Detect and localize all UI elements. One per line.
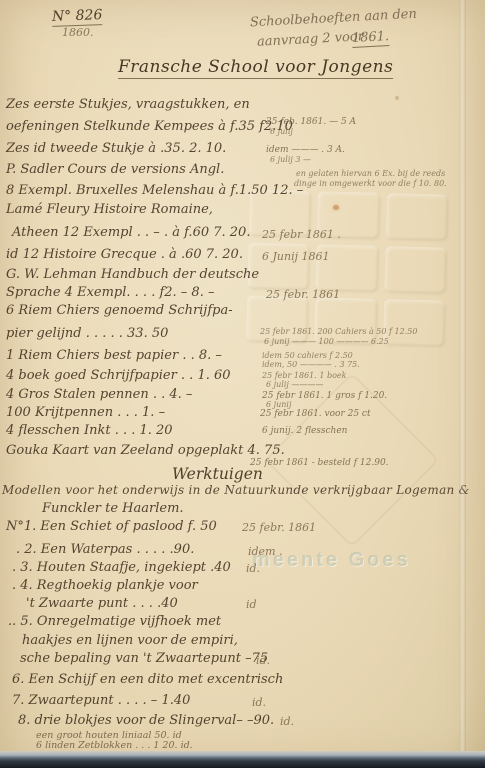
- manuscript-line: dinge in omgewerkt voor die f 10. 80.: [294, 180, 447, 189]
- manuscript-line: 100 Krijtpennen . . . 1. –: [6, 406, 165, 420]
- manuscript-line: 4 boek goed Schrijfpapier . . 1. 60: [6, 369, 231, 383]
- manuscript-page: meente Goes N° 826 1860. Schoolbehoeften…: [0, 0, 485, 768]
- manuscript-line: idem, 50 ———— . 3 75.: [262, 361, 360, 370]
- manuscript-line: 6 Riem Chiers genoemd Schrijfpa-: [6, 304, 233, 318]
- manuscript-line: idem .: [248, 546, 283, 558]
- manuscript-line: P. Sadler Cours de versions Angl.: [6, 163, 224, 177]
- manuscript-line: 6 Junij 1861: [262, 251, 330, 263]
- manuscript-line: 6 junij ——— 100 ———— 6.25: [264, 338, 389, 347]
- manuscript-line: 25 febr. 1861: [266, 289, 340, 301]
- manuscript-line: .. 5. Onregelmatige vijfhoek met: [8, 615, 221, 629]
- embossed-cell: [384, 246, 447, 294]
- manuscript-line: pier gelijnd . . . . . 33. 50: [6, 327, 168, 341]
- manuscript-line: 6 julij 3 —: [270, 156, 311, 165]
- manuscript-line: N°1. Een Schiet of paslood f. 50: [6, 520, 217, 534]
- paper-crease: [459, 0, 466, 752]
- manuscript-line: en gelaten hiervan 6 Ex. bij de reeds: [296, 170, 445, 179]
- manuscript-line: 6 julij ————: [266, 381, 323, 390]
- manuscript-line: 25 febr 1861 - besteld f 12.90.: [250, 459, 389, 469]
- manuscript-line: Werktuigen: [172, 466, 263, 483]
- manuscript-line: 't Zwaarte punt . . . .40: [26, 597, 178, 611]
- manuscript-line: id.: [256, 655, 270, 667]
- manuscript-line: 25 febr 1861. 200 Cahiers à 50 f 12.50: [260, 328, 417, 337]
- manuscript-line: . 3. Houten Staafje, ingekiept .40: [12, 561, 231, 575]
- manuscript-line: 6 julij: [270, 128, 293, 137]
- corner-note-year: 1861.: [352, 30, 390, 48]
- manuscript-line: 7. Zwaartepunt . . . . – 1.40: [12, 694, 190, 708]
- manuscript-line: Zes eerste Stukjes, vraagstukken, en: [6, 98, 250, 112]
- manuscript-line: 1 Riem Chiers best papier . . 8. –: [6, 349, 222, 363]
- document-year: 1860.: [62, 27, 94, 39]
- manuscript-line: 4 Gros Stalen pennen . . 4. –: [6, 388, 192, 402]
- manuscript-line: id.: [280, 716, 294, 728]
- manuscript-line: id.: [252, 697, 266, 709]
- manuscript-line: 8 Exempl. Bruxelles Melenshau à f.1.50 1…: [6, 184, 303, 198]
- manuscript-line: 25 febr 1861. voor 25 ct: [260, 410, 371, 420]
- manuscript-line: sche bepaling van 't Zwaartepunt –75: [20, 652, 268, 666]
- manuscript-line: Atheen 12 Exempl . . – . à f.60 7. 20.: [12, 226, 250, 240]
- manuscript-line: . 2. Een Waterpas . . . . .90.: [16, 543, 194, 557]
- manuscript-line: Gouka Kaart van Zeeland opgeplakt 4. 75.: [6, 444, 285, 458]
- embossed-cell: [385, 193, 448, 241]
- manuscript-line: 25 febr. 1861: [242, 522, 316, 534]
- manuscript-line: Sprache 4 Exempl. . . . f2. – 8. –: [6, 286, 214, 300]
- paper-stain: [333, 205, 339, 210]
- page-title: Fransche School voor Jongens: [118, 58, 393, 79]
- manuscript-line: oefeningen Stelkunde Kempees à f.35 f2.1…: [6, 120, 293, 134]
- manuscript-line: id: [246, 599, 257, 611]
- corner-note-line2: aanvraag 2 voor: [257, 30, 365, 50]
- embossed-cell: [383, 299, 446, 347]
- manuscript-line: Zes id tweede Stukje à .35. 2. 10.: [6, 142, 226, 156]
- manuscript-line: id 12 Histoire Grecque . à .60 7. 20.: [6, 248, 243, 262]
- manuscript-line: Modellen voor het onderwijs in de Natuur…: [2, 484, 470, 497]
- manuscript-line: 6. Een Schijf en een dito met excentrisc…: [12, 673, 283, 687]
- manuscript-line: Funckler te Haarlem.: [42, 502, 184, 516]
- manuscript-line: 25 febr 1861 .: [262, 229, 341, 241]
- manuscript-line: . 4. Regthoekig plankje voor: [12, 579, 198, 593]
- manuscript-line: id.: [246, 563, 260, 575]
- document-number: N° 826: [52, 8, 103, 27]
- manuscript-line: G. W. Lehman Handbuch der deutsche: [6, 268, 259, 282]
- embossed-stamp: [246, 189, 448, 346]
- manuscript-line: 4 flesschen Inkt . . . 1. 20: [6, 424, 173, 438]
- manuscript-line: haakjes en lijnen voor de empiri,: [22, 634, 238, 648]
- manuscript-line: 8. drie blokjes voor de Slingerval– –90.: [18, 714, 274, 728]
- manuscript-line: 6 linden Zetblokken . . . 1 20. id.: [36, 741, 193, 751]
- corner-note-line1: Schoolbehoeften aan den: [250, 8, 417, 31]
- manuscript-line: Lamé Fleury Histoire Romaine,: [6, 203, 213, 217]
- scan-edge: [0, 751, 485, 768]
- paper-stain: [395, 96, 399, 100]
- manuscript-line: 6 junij. 2 flesschen: [262, 427, 347, 437]
